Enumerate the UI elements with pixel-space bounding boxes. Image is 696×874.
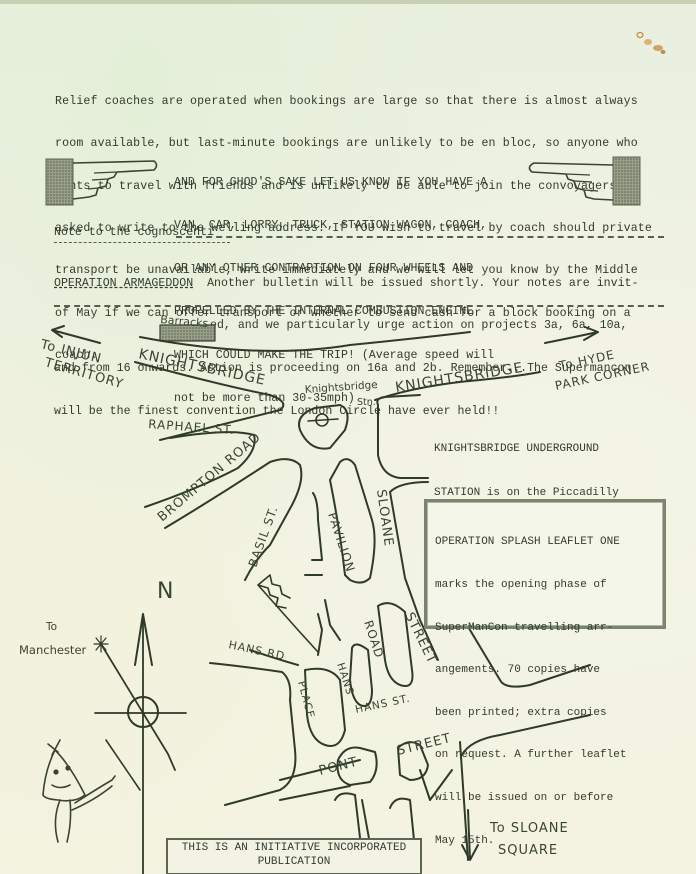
label-hans-st: HANS ST. (354, 693, 411, 716)
splash-note-line: been printed; extra copies (435, 706, 626, 720)
label-station: Knightsbridge (304, 379, 378, 396)
station-note-line: STATION is on the Piccadilly (434, 486, 619, 501)
splash-note-line: marks the opening phase of (435, 578, 626, 592)
splash-leaflet-box: OPERATION SPLASH LEAFLET ONE marks the o… (424, 499, 666, 629)
appeal-line: VAN, CAR, LORRY, TRUCK, STATION-WAGON, C… (174, 219, 494, 233)
splash-note-line: on request. A further leaflet (435, 748, 626, 762)
coffee-stain (634, 30, 668, 56)
splash-note-line: May 15th. (435, 834, 626, 848)
label-place: PLACE (295, 680, 317, 720)
appeal-line: AND FOR GHOD'S SAKE LET US KNOW IF YOU H… (174, 176, 494, 190)
label-hans-rd: HANS RD (227, 638, 286, 663)
label-raphael-st: RAPHAEL ST. (148, 417, 236, 437)
label-to-manchester-to: To (45, 621, 57, 633)
label-station-abbr: Stn. (357, 397, 376, 408)
pointing-hand-right-icon (44, 155, 162, 207)
cognoscenti-underline (54, 242, 230, 243)
mascot-figure (43, 740, 115, 842)
splash-note-line: SuperManCon travelling arr- (435, 621, 626, 635)
label-sloane: SLOANE (373, 488, 396, 547)
stamp-line-1: THIS IS AN INITIATIVE INCORPORATED (168, 842, 420, 855)
page-top-edge (0, 0, 696, 4)
stamp-line-2: PUBLICATION (168, 856, 420, 869)
pointing-hand-left-icon (522, 155, 642, 207)
label-pavilion: PAVILION (325, 511, 358, 575)
splash-note-line: will be issued on or before (435, 791, 626, 805)
station-note-line: KNIGHTSBRIDGE UNDERGROUND (434, 442, 619, 457)
cognoscenti-rule (176, 236, 664, 238)
publication-stamp: THIS IS AN INITIATIVE INCORPORATED PUBLI… (166, 838, 422, 874)
splash-note-line: angements. 70 copies have (435, 663, 626, 677)
intro-line: Relief coaches are operated when booking… (55, 95, 652, 109)
operation-line: Another bulletin will be issued shortly.… (207, 277, 638, 290)
operation-title: OPERATION ARMAGEDDON (54, 277, 193, 290)
compass-north: N (157, 579, 173, 604)
label-hans: HANS (334, 661, 356, 697)
label-knightsbridge-east: KNIGHTSBRIDGE (394, 360, 524, 396)
label-to-manchester: Manchester (19, 643, 87, 657)
splash-note-line: OPERATION SPLASH LEAFLET ONE (435, 535, 626, 549)
